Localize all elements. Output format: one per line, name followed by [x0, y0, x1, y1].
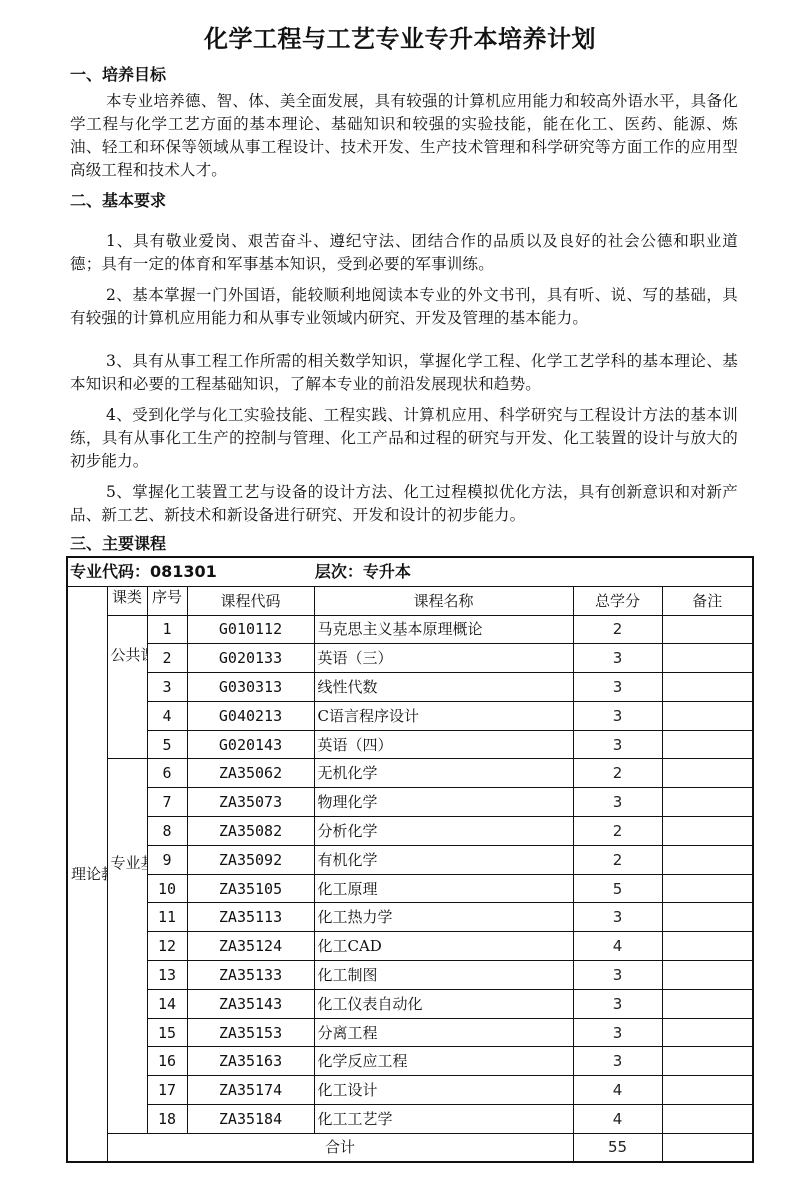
table-row: 14 ZA35143 化工仪表自动化 3 [67, 989, 753, 1018]
row-code: ZA35163 [187, 1047, 314, 1076]
row-remark [662, 701, 753, 730]
row-code: ZA35113 [187, 903, 314, 932]
table-row: 5 G020143 英语（四） 3 [67, 730, 753, 759]
row-seq: 4 [147, 701, 187, 730]
row-remark [662, 903, 753, 932]
group-label-public: 公共课 [107, 615, 147, 759]
table-row: 15 ZA35153 分离工程 3 [67, 1018, 753, 1047]
row-name: 化工CAD [314, 932, 573, 961]
header-code: 课程代码 [187, 586, 314, 615]
row-remark [662, 759, 753, 788]
row-code: G010112 [187, 615, 314, 644]
table-row: 专业基础课与专业课 6 ZA35062 无机化学 2 [67, 759, 753, 788]
row-name: 马克思主义基本原理概论 [314, 615, 573, 644]
table-info-row: 专业代码：081301层次：专升本 [67, 557, 753, 586]
row-name: 物理化学 [314, 788, 573, 817]
row-code: ZA35105 [187, 874, 314, 903]
group-label-specialized: 专业基础课与专业课 [107, 759, 147, 1133]
row-code: ZA35133 [187, 961, 314, 990]
table-header-row: 理论教学安排 课类 序号 课程代码 课程名称 总学分 备注 [67, 586, 753, 615]
table-total-row: 合计 55 [67, 1133, 753, 1162]
row-name: C语言程序设计 [314, 701, 573, 730]
row-code: ZA35073 [187, 788, 314, 817]
row-remark [662, 1018, 753, 1047]
table-row: 9 ZA35092 有机化学 2 [67, 845, 753, 874]
row-credits: 3 [573, 644, 662, 673]
header-category: 课类 [107, 586, 147, 615]
row-credits: 4 [573, 1105, 662, 1134]
row-remark [662, 1105, 753, 1134]
requirement-paragraph-1: 1、具有敬业爱岗、艰苦奋斗、遵纪守法、团结合作的品质以及良好的社会公德和职业道德… [70, 230, 738, 276]
header-seq-text: 序号 [151, 589, 184, 611]
table-info-cell: 专业代码：081301层次：专升本 [67, 557, 753, 586]
row-remark [662, 932, 753, 961]
row-name: 化工设计 [314, 1076, 573, 1105]
table-row: 13 ZA35133 化工制图 3 [67, 961, 753, 990]
row-seq: 3 [147, 673, 187, 702]
row-remark [662, 845, 753, 874]
row-credits: 3 [573, 903, 662, 932]
row-remark [662, 961, 753, 990]
row-credits: 2 [573, 817, 662, 846]
row-name: 化工工艺学 [314, 1105, 573, 1134]
row-remark [662, 644, 753, 673]
row-code: G020133 [187, 644, 314, 673]
document-title: 化学工程与工艺专业专升本培养计划 [0, 22, 800, 56]
table-row: 4 G040213 C语言程序设计 3 [67, 701, 753, 730]
row-code: G020143 [187, 730, 314, 759]
row-credits: 3 [573, 989, 662, 1018]
header-category-text: 课类 [111, 589, 144, 611]
row-credits: 3 [573, 788, 662, 817]
training-goal-paragraph: 本专业培养德、智、体、美全面发展，具有较强的计算机应用能力和较高外语水平，具备化… [70, 90, 738, 182]
row-name: 分析化学 [314, 817, 573, 846]
requirement-paragraph-5: 5、掌握化工装置工艺与设备的设计方法、化工过程模拟优化方法，具有创新意识和对新产… [70, 481, 738, 527]
total-credits: 55 [573, 1133, 662, 1162]
row-name: 化工制图 [314, 961, 573, 990]
row-credits: 2 [573, 615, 662, 644]
row-remark [662, 874, 753, 903]
row-remark [662, 673, 753, 702]
row-seq: 15 [147, 1018, 187, 1047]
table-row: 3 G030313 线性代数 3 [67, 673, 753, 702]
table-row: 7 ZA35073 物理化学 3 [67, 788, 753, 817]
table-row: 16 ZA35163 化学反应工程 3 [67, 1047, 753, 1076]
table-row: 公共课 1 G010112 马克思主义基本原理概论 2 [67, 615, 753, 644]
row-code: G040213 [187, 701, 314, 730]
row-credits: 3 [573, 701, 662, 730]
row-credits: 4 [573, 1076, 662, 1105]
row-credits: 3 [573, 730, 662, 759]
table-row: 18 ZA35184 化工工艺学 4 [67, 1105, 753, 1134]
row-code: ZA35062 [187, 759, 314, 788]
requirement-paragraph-4: 4、受到化学与化工实验技能、工程实践、计算机应用、科学研究与工程设计方法的基本训… [70, 404, 738, 473]
row-code: ZA35082 [187, 817, 314, 846]
row-seq: 1 [147, 615, 187, 644]
header-credits: 总学分 [573, 586, 662, 615]
table-row: 10 ZA35105 化工原理 5 [67, 874, 753, 903]
row-credits: 3 [573, 961, 662, 990]
row-credits: 2 [573, 845, 662, 874]
row-name: 英语（三） [314, 644, 573, 673]
table-row: 2 G020133 英语（三） 3 [67, 644, 753, 673]
row-remark [662, 817, 753, 846]
row-code: ZA35092 [187, 845, 314, 874]
row-seq: 17 [147, 1076, 187, 1105]
row-seq: 11 [147, 903, 187, 932]
total-label: 合计 [107, 1133, 573, 1162]
row-name: 分离工程 [314, 1018, 573, 1047]
row-seq: 9 [147, 845, 187, 874]
row-code: ZA35153 [187, 1018, 314, 1047]
section-heading-training-goal: 一、培养目标 [70, 64, 166, 86]
row-credits: 3 [573, 1018, 662, 1047]
row-remark [662, 989, 753, 1018]
row-name: 有机化学 [314, 845, 573, 874]
row-seq: 5 [147, 730, 187, 759]
row-seq: 6 [147, 759, 187, 788]
row-seq: 16 [147, 1047, 187, 1076]
row-name: 线性代数 [314, 673, 573, 702]
row-credits: 3 [573, 1047, 662, 1076]
row-name: 无机化学 [314, 759, 573, 788]
requirement-paragraph-3: 3、具有从事工程工作所需的相关数学知识，掌握化学工程、化学工艺学科的基本理论、基… [70, 350, 738, 396]
row-seq: 14 [147, 989, 187, 1018]
row-name: 英语（四） [314, 730, 573, 759]
table-row: 11 ZA35113 化工热力学 3 [67, 903, 753, 932]
row-code: ZA35124 [187, 932, 314, 961]
table-row: 8 ZA35082 分析化学 2 [67, 817, 753, 846]
row-code: ZA35184 [187, 1105, 314, 1134]
row-code: G030313 [187, 673, 314, 702]
row-credits: 3 [573, 673, 662, 702]
outer-group-label: 理论教学安排 [67, 586, 107, 1162]
row-credits: 5 [573, 874, 662, 903]
row-code: ZA35143 [187, 989, 314, 1018]
row-seq: 12 [147, 932, 187, 961]
row-seq: 18 [147, 1105, 187, 1134]
major-code: 专业代码：081301 [70, 562, 217, 581]
row-seq: 7 [147, 788, 187, 817]
row-code: ZA35174 [187, 1076, 314, 1105]
row-credits: 4 [573, 932, 662, 961]
requirement-paragraph-2: 2、基本掌握一门外国语，能较顺利地阅读本专业的外文书刊，具有听、说、写的基础，具… [70, 284, 738, 330]
row-seq: 8 [147, 817, 187, 846]
table-row: 17 ZA35174 化工设计 4 [67, 1076, 753, 1105]
header-name: 课程名称 [314, 586, 573, 615]
row-remark [662, 1076, 753, 1105]
row-seq: 2 [147, 644, 187, 673]
course-table: 专业代码：081301层次：专升本 理论教学安排 课类 序号 课程代码 课程名称… [66, 556, 754, 1163]
row-seq: 13 [147, 961, 187, 990]
section-heading-main-courses: 三、主要课程 [70, 533, 166, 555]
row-credits: 2 [573, 759, 662, 788]
header-remark: 备注 [662, 586, 753, 615]
row-name: 化工热力学 [314, 903, 573, 932]
row-remark [662, 615, 753, 644]
row-name: 化工仪表自动化 [314, 989, 573, 1018]
row-seq: 10 [147, 874, 187, 903]
row-remark [662, 1047, 753, 1076]
total-remark [662, 1133, 753, 1162]
education-level: 层次：专升本 [315, 562, 411, 581]
section-heading-basic-requirements: 二、基本要求 [70, 190, 166, 212]
row-name: 化工原理 [314, 874, 573, 903]
header-seq: 序号 [147, 586, 187, 615]
row-name: 化学反应工程 [314, 1047, 573, 1076]
row-remark [662, 788, 753, 817]
row-remark [662, 730, 753, 759]
table-row: 12 ZA35124 化工CAD 4 [67, 932, 753, 961]
